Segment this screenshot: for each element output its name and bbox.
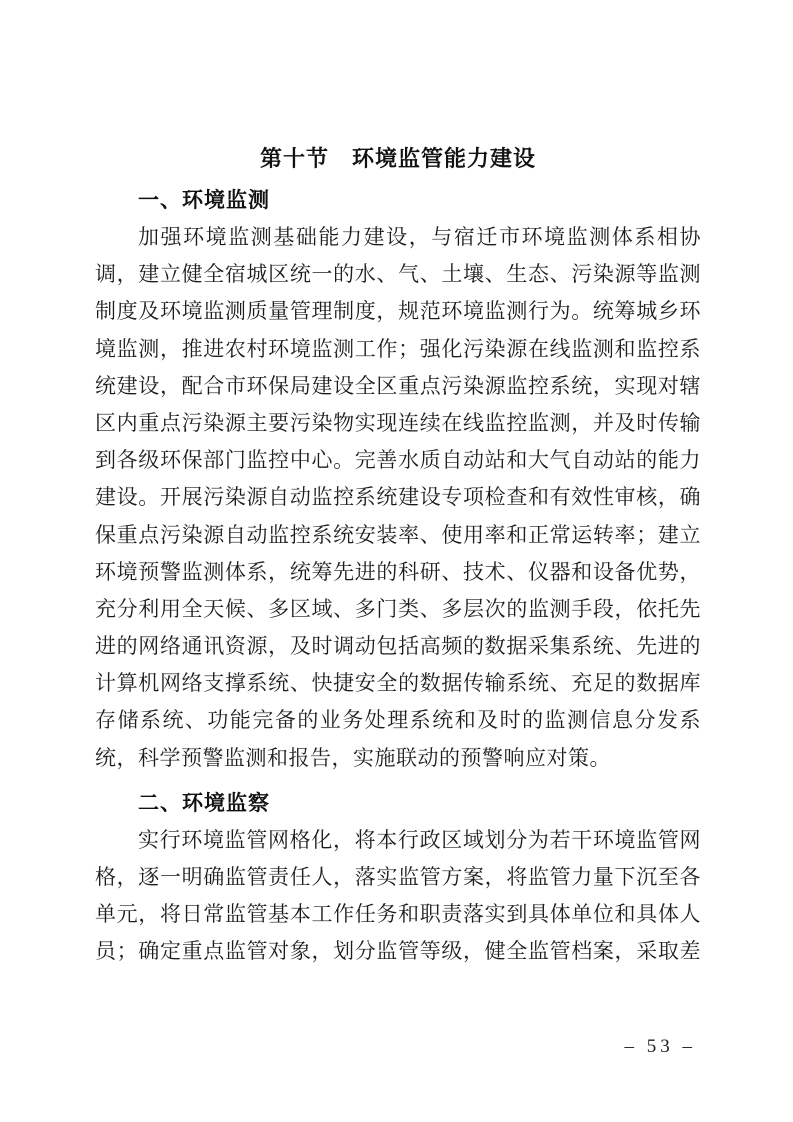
document-page: 第十节 环境监管能力建设 一、环境监测 加强环境监测基础能力建设，与宿迁市环境监… — [0, 0, 793, 1122]
paragraph-line: 到各级环保部门监控中心。完善水质自动站和大气自动站的能力 — [95, 442, 701, 479]
paragraph-line: 统，科学预警监测和报告，实施联动的预警响应对策。 — [95, 740, 701, 777]
paragraph-line: 单元，将日常监管基本工作任务和职责落实到具体单位和具体人 — [95, 896, 701, 933]
paragraph-line: 境监测，推进农村环境监测工作；强化污染源在线监测和监控系 — [95, 331, 701, 368]
paragraph-environment-inspection: 实行环境监管网格化，将本行政区域划分为若干环境监管网 格，逐一明确监管责任人，落… — [95, 822, 701, 971]
paragraph-line: 存储系统、功能完备的业务处理系统和及时的监测信息分发系 — [95, 702, 701, 739]
paragraph-line: 格，逐一明确监管责任人，落实监管方案，将监管力量下沉至各 — [95, 859, 701, 896]
page-number: – 53 – — [625, 1036, 697, 1058]
paragraph-environment-monitoring: 加强环境监测基础能力建设，与宿迁市环境监测体系相协 调，建立健全宿城区统一的水、… — [95, 219, 701, 777]
page-content: 第十节 环境监管能力建设 一、环境监测 加强环境监测基础能力建设，与宿迁市环境监… — [0, 144, 793, 971]
paragraph-line: 环境预警监测体系，统筹先进的科研、技术、仪器和设备优势， — [95, 554, 701, 591]
paragraph-line: 制度及环境监测质量管理制度，规范环境监测行为。统筹城乡环 — [95, 293, 701, 330]
paragraph-line: 员；确定重点监管对象，划分监管等级，健全监管档案，采取差 — [95, 933, 701, 970]
paragraph-line: 调，建立健全宿城区统一的水、气、土壤、生态、污染源等监测 — [95, 256, 701, 293]
paragraph-line: 统建设，配合市环保局建设全区重点污染源监控系统，实现对辖 — [95, 368, 701, 405]
paragraph-line: 充分利用全天候、多区域、多门类、多层次的监测手段，依托先 — [95, 591, 701, 628]
paragraph-line: 加强环境监测基础能力建设，与宿迁市环境监测体系相协 — [95, 219, 701, 256]
heading-environment-inspection: 二、环境监察 — [95, 785, 701, 822]
paragraph-line: 建设。开展污染源自动监控系统建设专项检查和有效性审核，确 — [95, 479, 701, 516]
paragraph-line: 进的网络通讯资源，及时调动包括高频的数据采集系统、先进的 — [95, 628, 701, 665]
paragraph-line: 保重点污染源自动监控系统安装率、使用率和正常运转率；建立 — [95, 517, 701, 554]
heading-environment-monitoring: 一、环境监测 — [95, 182, 701, 219]
paragraph-line: 区内重点污染源主要污染物实现连续在线监控监测，并及时传输 — [95, 405, 701, 442]
section-title: 第十节 环境监管能力建设 — [95, 144, 701, 174]
paragraph-line: 计算机网络支撑系统、快捷安全的数据传输系统、充足的数据库 — [95, 665, 701, 702]
paragraph-line: 实行环境监管网格化，将本行政区域划分为若干环境监管网 — [95, 822, 701, 859]
